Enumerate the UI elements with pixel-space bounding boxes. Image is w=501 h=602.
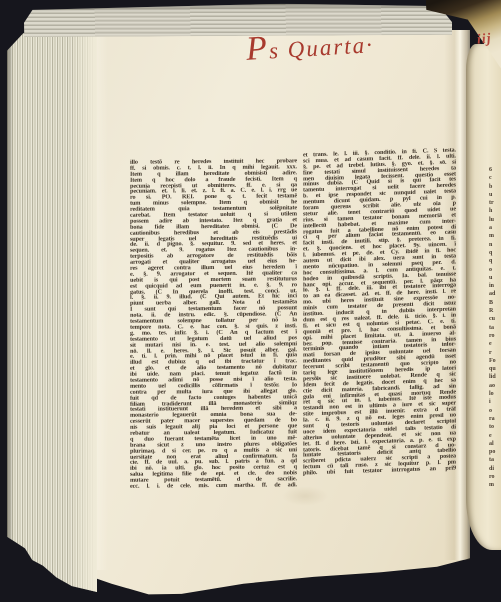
text-line: lid <box>489 373 501 381</box>
text-line: lu <box>489 216 501 224</box>
text-line: o <box>489 266 501 274</box>
text-line: ra <box>489 415 501 423</box>
text-line: u <box>489 274 501 282</box>
text-line: n <box>489 241 501 249</box>
text-line: e <box>489 340 501 348</box>
text-line: qu <box>489 365 501 373</box>
text-line: c <box>489 174 501 182</box>
text-line: q <box>489 257 501 265</box>
text-line: to <box>489 423 501 431</box>
page-block-fore-edge <box>7 10 97 592</box>
text-line: m <box>489 232 501 240</box>
text-line: a <box>489 224 501 232</box>
text-line: Fo <box>489 357 501 365</box>
text-line: ad <box>489 290 501 298</box>
text-line: ta <box>489 324 501 332</box>
text-line: ro <box>489 473 501 481</box>
text-line: i <box>489 398 501 406</box>
text-line: o <box>489 407 501 415</box>
text-line: ro <box>489 332 501 340</box>
text-line: tr <box>489 199 501 207</box>
next-leaf-text-fragments: 6cbutrhluamnqqouinadBRcutaroerFoqulidaol… <box>489 166 501 488</box>
text-column-left: illo testō re heredes instituit hec prob… <box>130 158 297 489</box>
text-line: e <box>489 432 501 440</box>
text-line: ta <box>489 456 501 464</box>
text-line: b <box>489 183 501 191</box>
text-line: al <box>489 440 501 448</box>
text-line: ao <box>489 382 501 390</box>
text-line: r <box>489 349 501 357</box>
paper-stain <box>282 486 328 506</box>
text-line: R <box>489 307 501 315</box>
text-line: m <box>489 481 501 488</box>
text-column-right: et trans. le. l. iii. §. conditio. in fi… <box>303 147 456 476</box>
text-line: q <box>489 249 501 257</box>
book-photograph: iij 6cbutrhluamnqqouinadBRcutaroerFoquli… <box>0 0 501 602</box>
folio-number: iij <box>476 31 492 48</box>
text-line: h <box>489 207 501 215</box>
text-line: di <box>489 465 501 473</box>
text-line: u <box>489 191 501 199</box>
text-line: 6 <box>489 166 501 174</box>
text-line: lo <box>489 390 501 398</box>
text-line: B <box>489 299 501 307</box>
text-line: in <box>489 282 501 290</box>
text-line: cu <box>489 315 501 323</box>
text-line: po <box>489 448 501 456</box>
